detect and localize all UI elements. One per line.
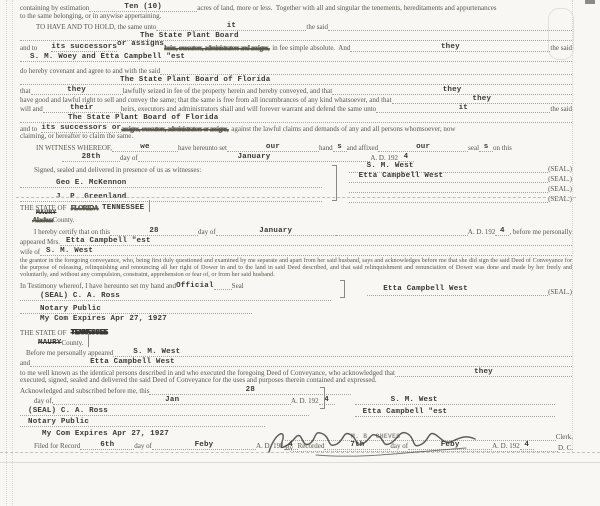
certify-ad: A. D. 192 [468,228,496,236]
notary-title-row-2: Notary Public [20,416,265,427]
acreage-typed: Ten (10) [89,3,197,12]
execution-day-of: day of [120,154,138,162]
seal-label-3: (SEAL.) [548,185,572,193]
grantors-names: S. M. Woey and Etta Campbell "est [30,53,185,61]
corner-scan-mark [585,0,595,4]
execution-month-typed: January [138,153,371,162]
seized-line: that they lawfully seized in fee of the … [20,85,572,95]
in-witness-line: IN WITNESS WHEREOF, we have hereunto set… [20,140,572,152]
testimony-typed: Official [176,282,214,290]
ack-signature-row-1: S. M. West [355,395,555,405]
and-label: and [20,359,30,367]
warrant-typed-2: it [376,104,550,113]
county-bracket-2 [88,333,89,347]
ack-signature-row-2: Etta Campbell "est [355,405,555,417]
acreage-line: containing by estimation Ten (10) acres … [20,3,572,12]
lawful-right-text: have good and lawful right to sell and c… [20,96,392,104]
warrant-line: will and their heirs, executors and admi… [20,104,572,113]
seal-label-1: (SEAL.) [548,165,572,173]
witness-post: on this [493,144,512,152]
state-line-2: THE STATE OF TENNESSEE [20,329,572,337]
witnesses-label: Signed, sealed and delivered in presence… [34,166,201,174]
wife-label: wife of [20,248,40,256]
bottom-rule-1 [0,452,600,453]
lawful-right-typed: they [392,95,572,104]
appertaining-text: to the same belonging, or in anywise app… [20,12,161,20]
filed-day-typed: 6th [80,441,134,450]
ack-month-typed: Jan [53,396,291,405]
acknowledger-row: Etta Campbell West (SEAL.) [367,287,572,296]
testimony-post: Seal [232,282,244,290]
section-divider [16,197,576,198]
seized-typed-2: they [332,86,572,95]
deputy-clerk-row: By D. C. [285,441,573,452]
notary-expiry-1: My Com Expires Apr 27, 1927 [40,315,167,323]
known-post: executed, signed, sealed and delivered t… [20,376,377,384]
witness-clause-pre: IN WITNESS WHEREOF, [36,144,112,152]
seized-typed-1: they [31,86,123,95]
state-typed-1: TENNESSEE [102,204,144,212]
testimony-pre: In Testimony whereof, I have hereunto se… [20,282,176,290]
andto1-typed-2: they [350,43,550,52]
acreage-pre: containing by estimation [20,4,89,12]
filed-ad: A. D. 192 [256,442,284,450]
witness-hand: hand [319,144,333,152]
ack-pre: Acknowledged and subscribed before me, t… [20,387,149,395]
notary-column-1: In Testimony whereof, I have hereunto se… [20,280,351,323]
signature-row: Etta Campbell West (SEAL.) [349,173,572,183]
witness-bracket [332,165,337,201]
notary-name-2: (SEAL) C. A. Ross [28,407,108,415]
grantee-name-2: The State Plant Board of Florida [120,76,270,84]
state-struck-1: FLORIDA [71,204,99,212]
covenant-line: do hereby covenant and agree to and with… [20,62,572,75]
claim-text: claiming, or hereafter to claim the same… [20,132,133,140]
andto2-post: against the lawful claims and demands of… [231,125,455,133]
left-margin-rule-2 [12,0,13,506]
appeared-pre-2: Before me personally appeared [26,349,113,357]
filed-day-of: day of [134,442,152,450]
acknowledger-column: Etta Campbell West (SEAL.) [351,280,572,323]
certify-month-typed: January [216,227,336,236]
claim-line: claiming, or hereafter to claim the same… [20,133,572,140]
appeared-row: appeared Mrs. Etta Campbell "est [20,236,572,246]
witness-name-row-1: Geo E. McKennon [20,174,322,188]
covenant-pre: do hereby covenant and agree to and with… [20,67,160,75]
habendum-pre: TO HAVE AND TO HOLD, the same unto [36,23,156,31]
grantee-name-1: The State Plant Board [140,32,239,40]
wife-row: wife of S. M. West [20,246,572,256]
habendum-typed: it [156,22,306,31]
warrant-mid: heirs, executors and administrators shal… [121,105,376,113]
county-row-1: Alachua County. [20,217,572,224]
andto1-struck: heirs, executors, administrators and ass… [164,44,269,52]
witnesses-label-row: Signed, sealed and delivered in presence… [20,164,335,174]
certify-day-typed: 28 [110,227,198,236]
witness-name-1: Geo E. McKennon [56,179,127,187]
appeared-row-2: Before me personally appeared S. M. West [20,347,572,357]
signature-row: (SEAL.) [349,193,572,203]
grantee-line-2: The State Plant Board of Florida [20,75,572,85]
ack-row: Acknowledged and subscribed before me, t… [20,384,351,395]
right-page-edge-rule [572,0,573,452]
witness-typed-we: we [112,143,178,152]
appeared-name-typed: Etta Campbell "est [60,237,572,246]
ack-signature-2: Etta Campbell "est [363,408,448,416]
seized-mid: lawfully seized in fee of the property h… [123,87,333,95]
known-typed: they [395,368,572,377]
acreage-post: acres of land, more or less. Together wi… [197,4,496,12]
andto1-post: the said [550,44,572,52]
bottom-rule-2 [0,462,600,463]
witness-seal-word: seal [468,144,479,152]
warrant-pre: will and [20,105,43,113]
wife-name-typed: S. M. West [40,247,572,256]
witness-mid-1: have hereunto set [178,144,227,152]
filed-label: Filed for Record [34,442,80,450]
seized-pre: that [20,87,31,95]
notary-signature-row-1: (SEAL) C. A. Ross [20,290,331,301]
county-struck-1: Alachua [32,216,53,224]
acknowledger-seal-label: (SEAL.) [548,288,572,296]
witness-mid-2: and affixed [347,144,379,152]
county-label-1: County. [53,216,75,224]
ack-ad: A. D. 192 [291,397,319,405]
certify-pre: I hereby certify that on this [34,228,110,236]
leader-dots [293,451,558,452]
testimony-row: In Testimony whereof, I have hereunto se… [20,280,351,290]
by-label: By [285,444,293,452]
witness-typed-our-2: our [378,143,468,152]
state-line-1: THE STATE OF FLORIDA TENNESSEE [20,204,572,212]
andto2-struck: assigns, executors, administrators or as… [121,125,228,133]
andto1-mid: in fee simple absolute. And [272,44,350,52]
certify-year-typed: 4 [495,227,509,236]
notary-title-row-1: Notary Public [20,301,252,314]
witness-name-row-2: J. P. Greenland [20,188,322,202]
signature-row: (SEAL.) [349,183,572,193]
witness-typed-s-1: s [333,143,347,152]
testimony-bracket [340,280,345,298]
clerk-attestation-block: M. B. CHEVES Clerk. By D. C. [285,432,573,452]
grantee-line-1: The State Plant Board [20,31,572,41]
witness-typed-our-1: our [227,143,319,152]
county-row-2: MAURY County. [20,337,572,347]
appeared-name2-typed: Etta Campbell West [30,358,572,367]
ack-block: Acknowledged and subscribed before me, t… [20,384,572,438]
certify-day-of: day of [198,228,216,236]
ack-date-row: day of, Jan A. D. 192 4 [20,395,335,405]
dower-acknowledgment-section: THE STATE OF FLORIDA TENNESSEE MAURY Ala… [20,204,572,323]
ack-day-of: day of, [34,397,53,405]
deed-body-section: containing by estimation Ten (10) acres … [20,3,572,203]
ack-bracket [320,387,325,409]
state-bracket-1 [149,200,150,212]
andto1-typed: its successors [51,43,117,52]
warrant-post: the said [550,105,572,113]
lawful-right-line: have good and lawful right to sell and c… [20,95,572,104]
successors-line-1: and to its successors or assigns heirs, … [20,41,572,52]
dower-paragraph: the grantor in the foregoing conveyance,… [20,257,572,278]
scanned-deed-page: containing by estimation Ten (10) acres … [0,0,600,506]
left-margin-rule [6,0,7,506]
notary-name-1: (SEAL) C. A. Ross [40,292,120,300]
notary-expiry-row-1: My Com Expires Apr 27, 1927 [20,314,351,323]
grantee-line-3: The State Plant Board of Florida [20,113,572,123]
andto1-pre: and to [20,44,37,52]
execution-day-typed: 28th [62,153,120,162]
dc-label: D. C. [558,444,573,452]
state-pre-2: THE STATE OF [20,329,67,337]
appeared-name1-typed: S. M. West [113,348,572,357]
notary-expiry-2: My Com Expires Apr 27, 1927 [42,430,169,438]
county-typed-2: MAURY [38,339,62,347]
county-label-2: County. [62,339,84,347]
grantee-name-3: The State Plant Board of Florida [68,114,218,122]
acknowledger-name: Etta Campbell West [383,285,468,293]
seal-label-2: (SEAL.) [548,175,572,183]
and-row: and Etta Campbell West [20,357,572,367]
grantors-line: S. M. Woey and Etta Campbell "est [20,52,572,62]
notary-signature-row-2: (SEAL) C. A. Ross [20,405,309,416]
andto1-raised-typed: or assigns [117,40,164,48]
certify-post: , before me personally [509,228,572,236]
ack-signature-1: S. M. West [391,396,438,404]
appeared-label: appeared Mrs. [20,238,60,246]
testimony-columns: In Testimony whereof, I have hereunto se… [20,280,572,323]
notary-title-1: Notary Public [40,305,101,313]
witness-typed-s-2: s [479,143,493,152]
warrant-typed-1: their [43,104,121,113]
filed-month-typed: Feby [152,441,256,450]
appertaining-line: to the same belonging, or in anywise app… [20,12,572,20]
notary-title-2: Notary Public [28,418,89,426]
certify-line: I hereby certify that on this 28 day of … [20,224,572,236]
signature-name-2: Etta Campbell West [359,172,444,180]
clerk-label: Clerk. [556,433,573,441]
habendum-post: the said [306,23,328,31]
clerk-row: Clerk. [285,432,573,441]
habendum-line: TO HAVE AND TO HOLD, the same unto it th… [20,20,572,31]
known-post-row: executed, signed, sealed and delivered t… [20,377,572,384]
